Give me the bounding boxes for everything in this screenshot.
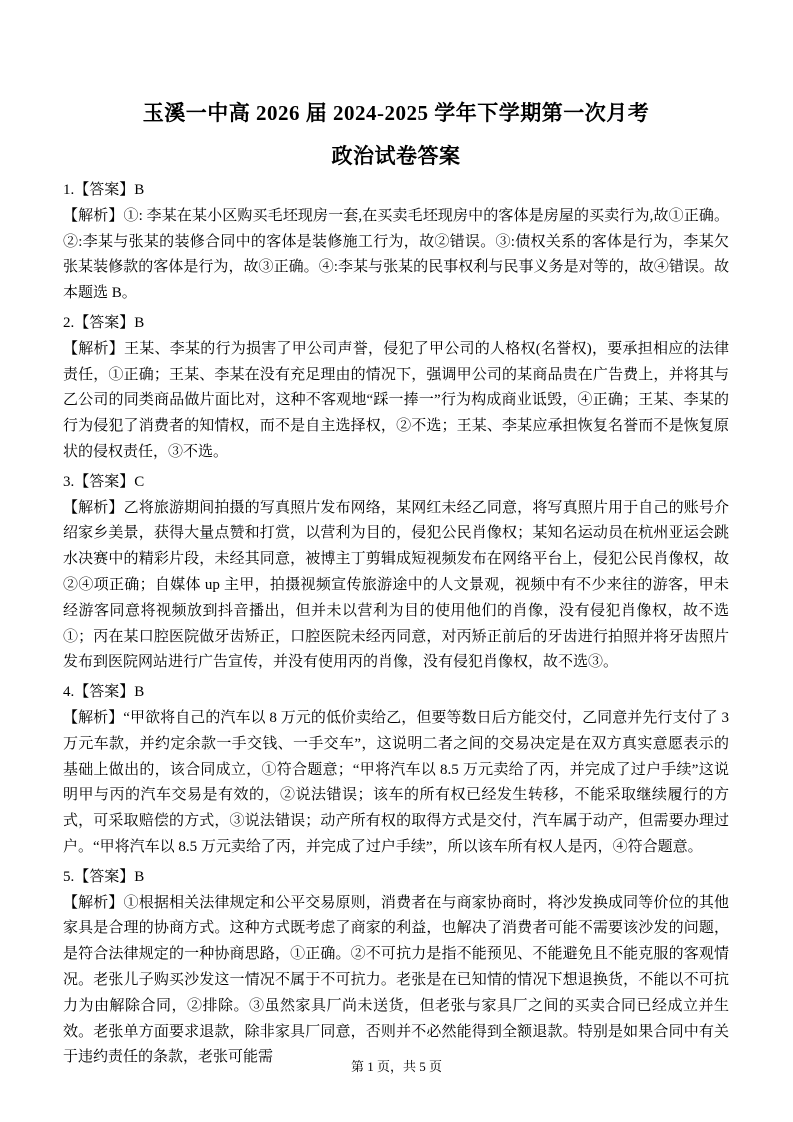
question-number: 5.: [63, 869, 74, 885]
answers-list: 1.【答案】B 【解析】①: 李某在某小区购买毛坯现房一套,在买卖毛坯现房中的客…: [63, 178, 729, 1071]
answer-line-1: 1.【答案】B: [63, 178, 729, 204]
question-number: 3.: [63, 474, 74, 490]
question-number: 2.: [63, 315, 74, 331]
page-number: 第 1 页，共 5 页: [351, 1059, 442, 1074]
answer-block-2: 2.【答案】B 【解析】王某、李某的行为损害了甲公司声誉，侵犯了甲公司的人格权(…: [63, 311, 729, 466]
answer-line-2: 2.【答案】B: [63, 311, 729, 337]
answer-block-5: 5.【答案】B 【解析】①根据相关法律规定和公平交易原则，消费者在与商家协商时，…: [63, 865, 729, 1071]
answer-value: B: [134, 869, 144, 885]
answer-block-4: 4.【答案】B 【解析】“甲欲将自己的汽车以 8 万元的低价卖给乙，但要等数日后…: [63, 680, 729, 861]
answer-label: 【答案】: [74, 474, 134, 490]
answer-value: B: [134, 182, 144, 198]
analysis-paragraph-4: 【解析】“甲欲将自己的汽车以 8 万元的低价卖给乙，但要等数日后方能交付，乙同意…: [63, 706, 729, 861]
answer-line-5: 5.【答案】B: [63, 865, 729, 891]
analysis-label: 【解析】: [63, 208, 124, 224]
analysis-text: ①: 李某在某小区购买毛坯现房一套,在买卖毛坯现房中的客体是房屋的买卖行为,故①…: [63, 208, 729, 301]
analysis-text: ①根据相关法律规定和公平交易原则，消费者在与商家协商时，将沙发换成同等价位的其他…: [63, 895, 729, 1066]
answer-line-3: 3.【答案】C: [63, 470, 729, 496]
answer-label: 【答案】: [74, 869, 134, 885]
answer-label: 【答案】: [74, 315, 134, 331]
question-number: 4.: [63, 684, 74, 700]
answer-value: B: [134, 684, 144, 700]
answer-label: 【答案】: [74, 182, 134, 198]
analysis-text: “甲欲将自己的汽车以 8 万元的低价卖给乙，但要等数日后方能交付，乙同意并先行支…: [63, 710, 729, 855]
answer-block-3: 3.【答案】C 【解析】乙将旅游期间拍摄的写真照片发布网络，某网红未经乙同意，将…: [63, 470, 729, 676]
question-number: 1.: [63, 182, 74, 198]
page-footer: 第 1 页，共 5 页: [0, 1056, 793, 1075]
analysis-label: 【解析】: [63, 895, 124, 911]
analysis-label: 【解析】: [63, 500, 124, 516]
analysis-paragraph-3: 【解析】乙将旅游期间拍摄的写真照片发布网络，某网红未经乙同意，将写真照片用于自己…: [63, 496, 729, 677]
analysis-text: 王某、李某的行为损害了甲公司声誉，侵犯了甲公司的人格权(名誉权)，要承担相应的法…: [63, 341, 729, 460]
analysis-paragraph-1: 【解析】①: 李某在某小区购买毛坯现房一套,在买卖毛坯现房中的客体是房屋的买卖行…: [63, 204, 729, 307]
document-content: 玉溪一中高 2026 届 2024-2025 学年下学期第一次月考 政治试卷答案…: [63, 0, 729, 1071]
analysis-text: 乙将旅游期间拍摄的写真照片发布网络，某网红未经乙同意，将写真照片用于自己的账号介…: [63, 500, 729, 671]
answer-label: 【答案】: [74, 684, 134, 700]
exam-subtitle: 政治试卷答案: [63, 145, 729, 167]
analysis-label: 【解析】: [63, 710, 123, 726]
analysis-paragraph-5: 【解析】①根据相关法律规定和公平交易原则，消费者在与商家协商时，将沙发换成同等价…: [63, 891, 729, 1072]
answer-line-4: 4.【答案】B: [63, 680, 729, 706]
answer-value: C: [134, 474, 144, 490]
answer-block-1: 1.【答案】B 【解析】①: 李某在某小区购买毛坯现房一套,在买卖毛坯现房中的客…: [63, 178, 729, 307]
answer-value: B: [134, 315, 144, 331]
analysis-label: 【解析】: [63, 341, 124, 357]
analysis-paragraph-2: 【解析】王某、李某的行为损害了甲公司声誉，侵犯了甲公司的人格权(名誉权)，要承担…: [63, 337, 729, 466]
document-page: 玉溪一中高 2026 届 2024-2025 学年下学期第一次月考 政治试卷答案…: [0, 0, 793, 1122]
exam-title: 玉溪一中高 2026 届 2024-2025 学年下学期第一次月考: [63, 0, 729, 124]
